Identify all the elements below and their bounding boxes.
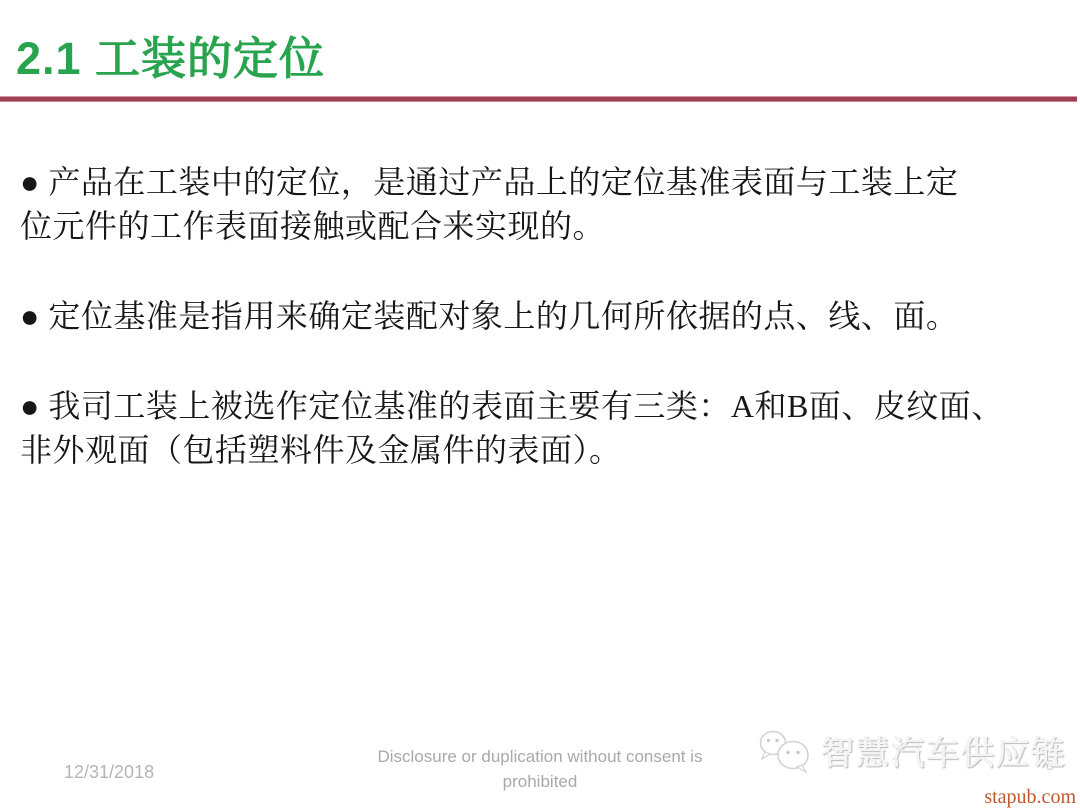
bullet-line: 位元件的工作表面接触或配合来实现的。 <box>20 204 1056 248</box>
watermark-text: 智慧汽车供应链 <box>821 727 1066 774</box>
bullet-paragraph: ● 定位基准是指用来确定装配对象上的几何所依据的点、线、面。 <box>20 294 1056 338</box>
title-divider <box>0 96 1077 102</box>
bullet-line: ● 定位基准是指用来确定装配对象上的几何所依据的点、线、面。 <box>20 294 1056 338</box>
slide-body: ● 产品在工装中的定位，是通过产品上的定位基准表面与工装上定 位元件的工作表面接… <box>20 160 1056 518</box>
footer-disclaimer: Disclosure or duplication without consen… <box>340 744 740 794</box>
slide-date: 12/31/2018 <box>64 762 154 783</box>
footer-disclaimer-line: prohibited <box>340 769 740 794</box>
chat-bubbles-icon <box>757 728 813 774</box>
page-title: 2.1 工装的定位 <box>16 22 325 87</box>
bullet-paragraph: ● 我司工装上被选作定位基准的表面主要有三类：A和B面、皮纹面、 非外观面（包括… <box>20 384 1056 472</box>
bullet-paragraph: ● 产品在工装中的定位，是通过产品上的定位基准表面与工装上定 位元件的工作表面接… <box>20 160 1056 248</box>
watermark-logo: 智慧汽车供应链 <box>757 727 1066 774</box>
bullet-line: 非外观面（包括塑料件及金属件的表面）。 <box>20 428 1056 472</box>
footer-disclaimer-line: Disclosure or duplication without consen… <box>340 744 740 769</box>
site-link[interactable]: stapub.com <box>984 786 1076 809</box>
bullet-line: ● 产品在工装中的定位，是通过产品上的定位基准表面与工装上定 <box>20 160 1056 204</box>
slide: 2.1 工装的定位 ● 产品在工装中的定位，是通过产品上的定位基准表面与工装上定… <box>0 0 1080 810</box>
bullet-line: ● 我司工装上被选作定位基准的表面主要有三类：A和B面、皮纹面、 <box>20 384 1056 428</box>
